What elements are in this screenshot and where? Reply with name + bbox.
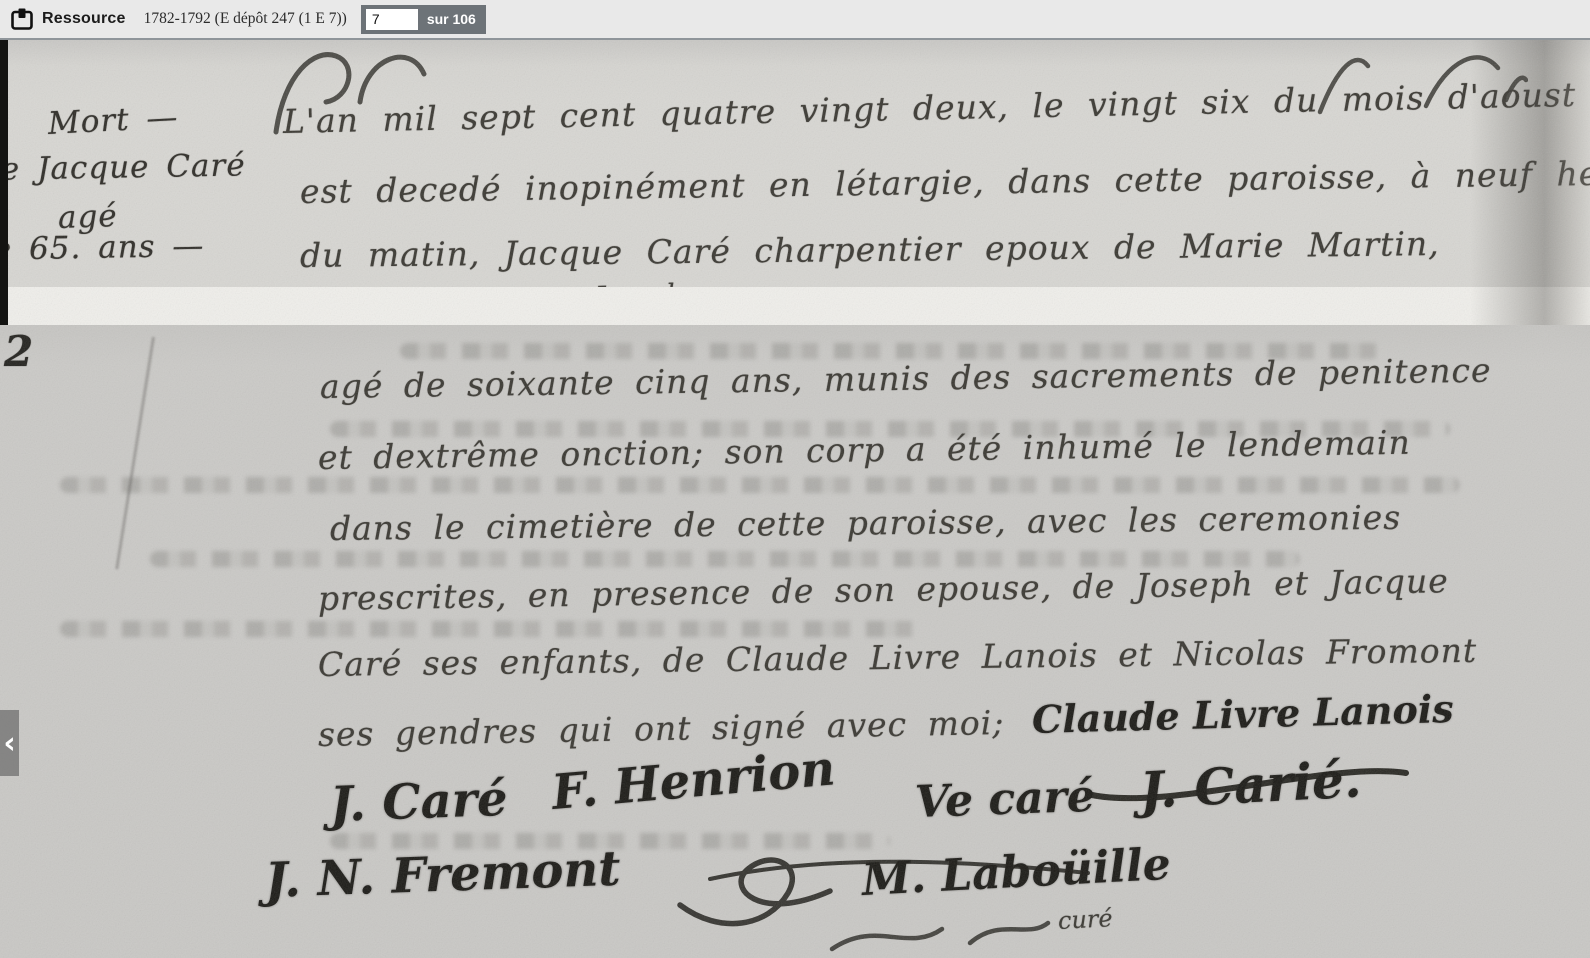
page-number-input[interactable]: [366, 9, 418, 30]
record-line: dans le cimetière de cette paroisse, ave…: [330, 498, 1402, 548]
resource-label: Ressource: [42, 10, 126, 28]
page-gutter-shadow: [1470, 40, 1590, 325]
resource-box-icon: [10, 7, 34, 31]
scan-page-top: Mort — de Jacque Caré agé de 65. ans — L…: [0, 40, 1590, 325]
record-line: est decedé inopinément en létargie, dans…: [300, 153, 1590, 211]
blank-paper-strip: [8, 287, 1590, 325]
margin-note-line: de Jacque Caré: [0, 147, 246, 188]
archive-viewer-app: Ressource 1782-1792 (E dépôt 247 (1 E 7)…: [0, 0, 1590, 958]
margin-note-line: de 65. ans —: [0, 228, 205, 268]
scan-page-bottom: 2 agé de soixante cinq ans, munis des sa…: [0, 325, 1590, 958]
signature: F. Henrion: [550, 740, 838, 821]
record-line: Caré ses enfants, de Claude Livre Lanois…: [318, 631, 1478, 684]
signature: Ve caré: [914, 771, 1096, 828]
record-line: du matin, Jacque Caré charpentier epoux …: [300, 224, 1440, 275]
bleedthrough-smudge: [150, 551, 1300, 567]
record-line: prescrites, en presence de son epouse, d…: [318, 561, 1449, 618]
bleedthrough-smudge: [60, 621, 920, 637]
record-line: L'an mil sept cent quatre vingt deux, le…: [283, 75, 1577, 141]
paper-crease: [115, 337, 155, 570]
bleedthrough-smudge: [60, 477, 1460, 493]
signature-title: curé: [1057, 904, 1113, 935]
signature-officiant: Claude Livre Lanois: [1031, 686, 1454, 742]
folio-number: 2: [4, 327, 33, 376]
document-viewer[interactable]: Mort — de Jacque Caré agé de 65. ans — L…: [0, 40, 1590, 958]
toolbar: Ressource 1782-1792 (E dépôt 247 (1 E 7)…: [0, 0, 1590, 40]
margin-note-line: Mort —: [47, 99, 179, 142]
resource-reference: 1782-1792 (E dépôt 247 (1 E 7)): [144, 10, 347, 28]
scan-edge-bar: [0, 40, 8, 325]
previous-page-button[interactable]: ‹: [0, 710, 19, 776]
signature: J. N. Fremont: [264, 841, 621, 909]
record-line: ses gendres qui ont signé avec moi;: [318, 703, 1005, 754]
signature: J. Carié.: [1138, 749, 1362, 820]
page-navigator: sur 106: [361, 5, 486, 34]
page-total-label: sur 106: [427, 11, 476, 27]
signature: M. Laboüille: [861, 839, 1172, 906]
scan-fragment-bottom: [820, 913, 1060, 958]
signature: J. Caré: [329, 771, 508, 833]
